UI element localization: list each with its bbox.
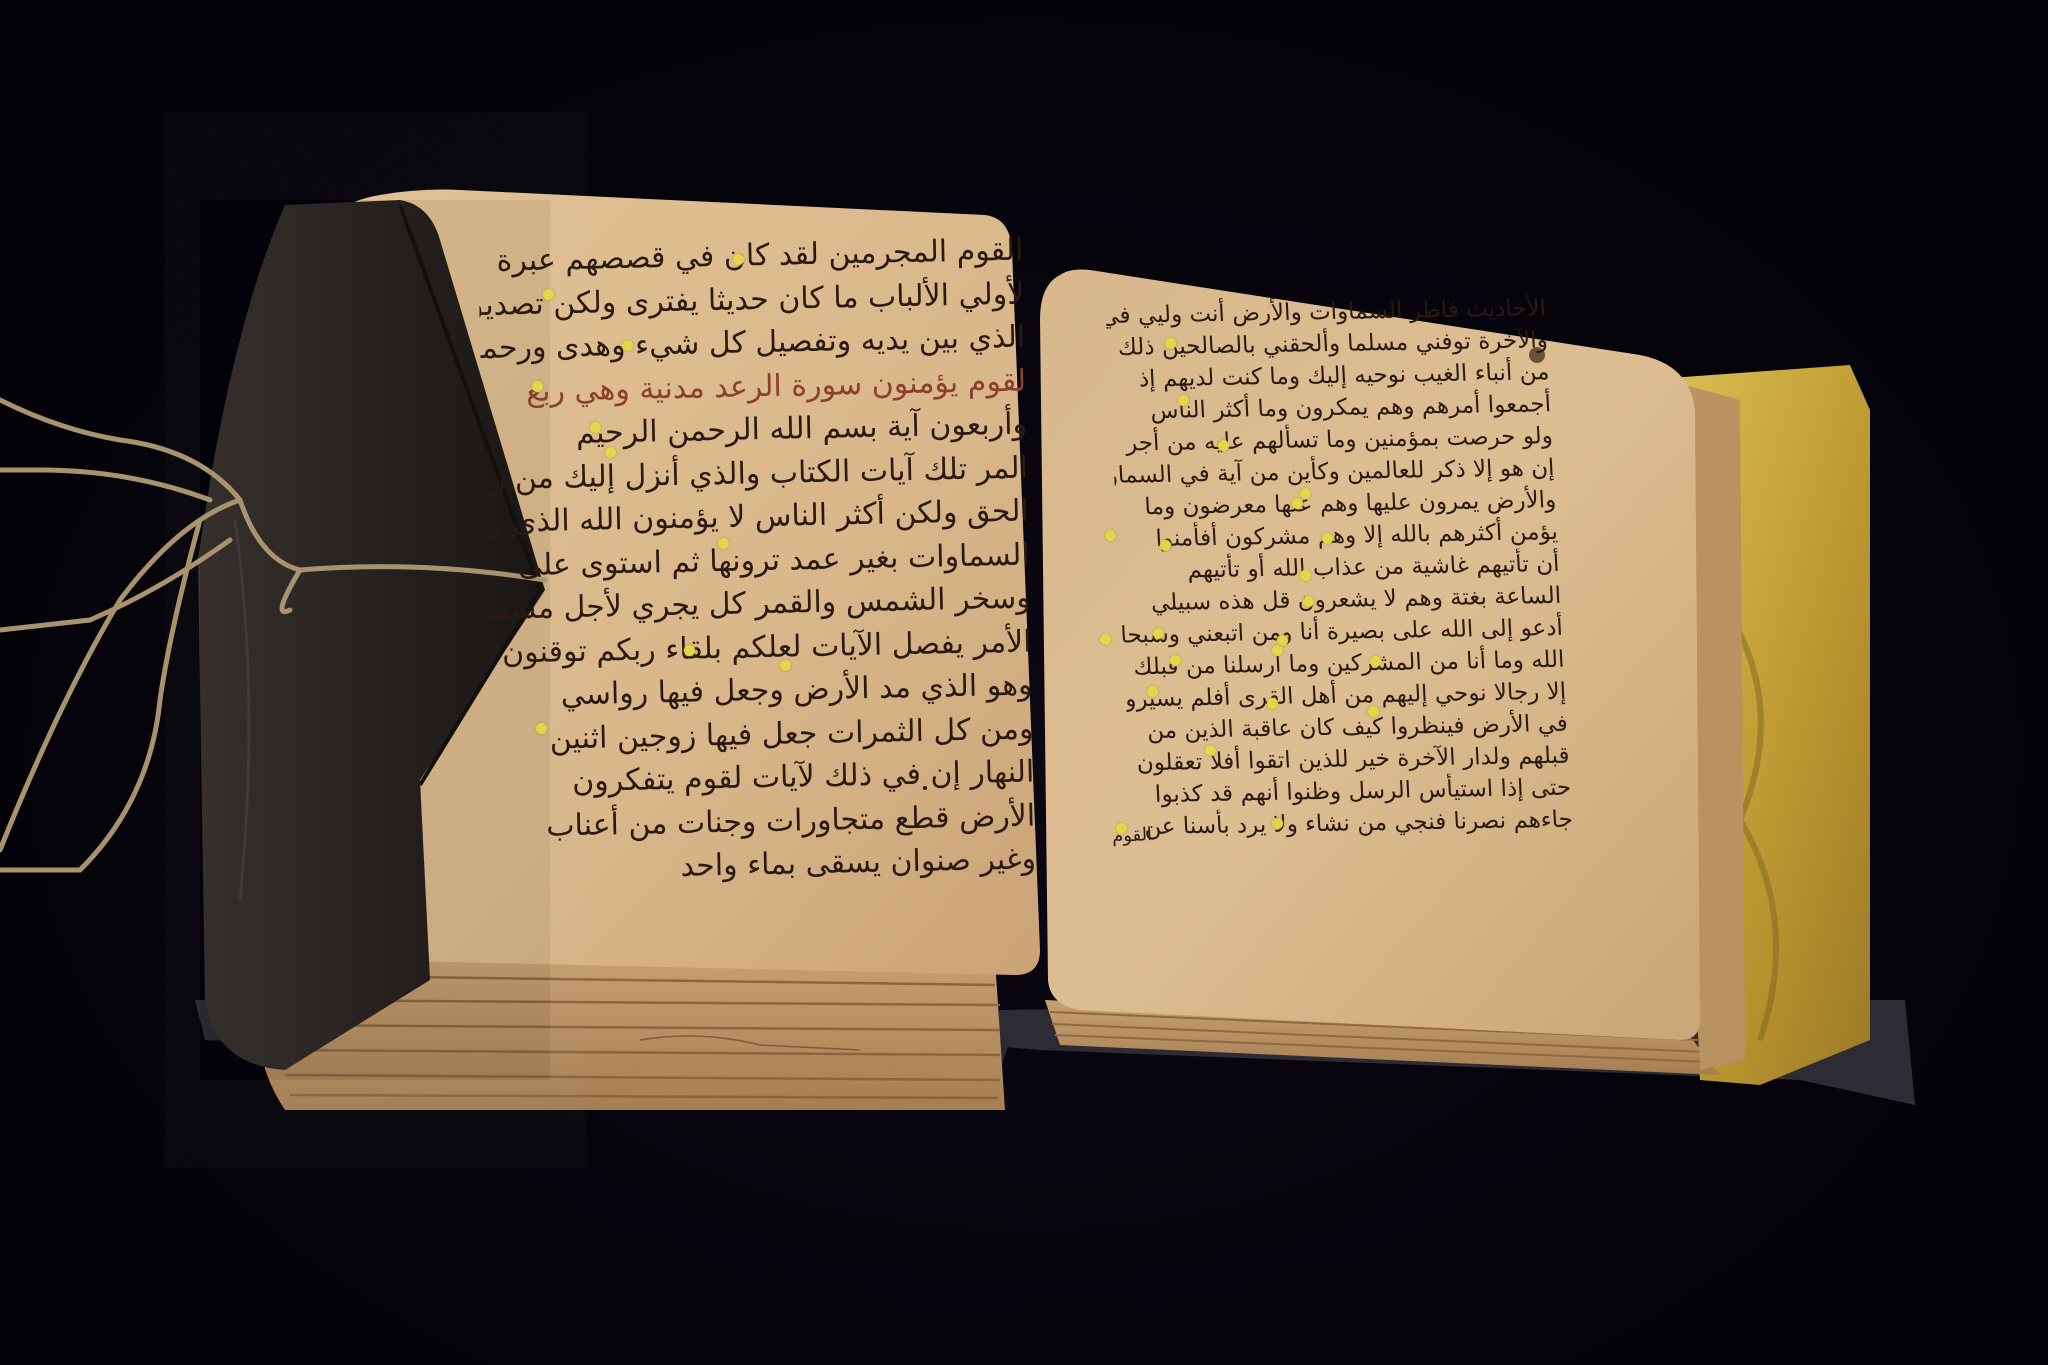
verse-marker-icon (1147, 686, 1158, 697)
verse-marker-icon (1153, 628, 1164, 639)
verse-marker-icon (605, 447, 616, 458)
verse-marker-icon (1165, 338, 1176, 349)
verse-marker-icon (780, 660, 791, 671)
verse-marker-icon (1205, 745, 1216, 756)
verse-marker-icon (1218, 440, 1229, 451)
verse-marker-icon (1272, 818, 1283, 829)
verse-marker-icon (1170, 655, 1181, 666)
verse-marker-icon (1370, 656, 1381, 667)
verse-marker-icon (1100, 634, 1111, 645)
verse-marker-icon (1300, 570, 1311, 581)
verse-marker-icon (543, 289, 554, 300)
verse-marker-icon (1322, 533, 1333, 544)
left-page-text: القوم المجرمين لقد كان في قصصهم عبرة لأو… (478, 229, 1037, 893)
verse-marker-icon (1178, 395, 1189, 406)
right-page-text: الأحاديث فاطر السماوات والأرض أنت وليي ف… (1105, 292, 1574, 843)
verse-marker-icon (1368, 706, 1379, 717)
verse-marker-icon (1160, 540, 1171, 551)
verse-marker-icon (684, 645, 695, 656)
verse-marker-icon (733, 254, 744, 265)
verse-marker-icon (532, 381, 543, 392)
verse-marker-icon (622, 340, 633, 351)
verse-marker-icon (1300, 488, 1311, 499)
verse-marker-icon (1272, 645, 1283, 656)
verse-marker-icon (1303, 596, 1314, 607)
verse-marker-icon (718, 538, 729, 549)
verse-marker-icon (1267, 698, 1278, 709)
verse-marker-icon (1105, 530, 1116, 541)
verse-marker-icon (1292, 498, 1303, 509)
verse-marker-icon (590, 422, 601, 433)
verse-marker-icon (536, 723, 547, 734)
verse-marker-icon (1116, 823, 1127, 834)
